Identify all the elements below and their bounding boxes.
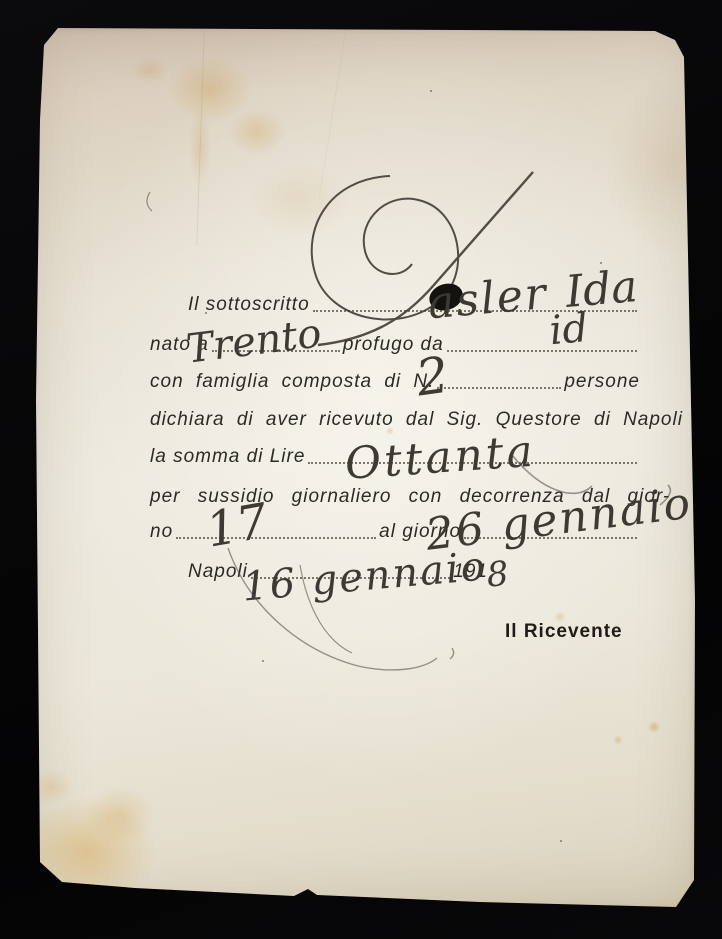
sottoscritto-label: Il sottoscritto [188,294,310,316]
dotted-line [447,350,637,352]
somma-label: la somma di Lire [150,446,305,468]
row-sussidio: per sussidio giornaliero con decorrenza … [150,486,640,508]
sussidio-line: per sussidio giornaliero con decorrenza … [150,486,670,508]
dotted-line [251,577,450,579]
no-label: no [150,521,173,543]
row-dichiara: dichiara di aver ricevuto dal Sig. Quest… [150,409,640,431]
dotted-line [212,350,340,352]
printed-form: Il sottoscritto nato a profugo da con fa… [32,27,696,910]
row-nato-profugo: nato a profugo da [150,334,640,356]
ricevente-label: Il Ricevente [505,621,623,643]
profugo-label: profugo da [343,334,444,356]
napoli-label: Napoli [188,561,248,583]
dotted-line [176,537,376,539]
dotted-line [308,462,637,464]
dotted-line [437,387,561,389]
row-giorni: no al giorno [150,521,640,543]
photo-black-background: Il sottoscritto nato a profugo da con fa… [0,0,722,939]
dotted-line [464,537,637,539]
famiglia-label: con famiglia composta di N. [150,371,434,393]
persone-label: persone [564,371,640,393]
nato-label: nato a [150,334,209,356]
dichiara-line: dichiara di aver ricevuto dal Sig. Quest… [150,409,683,431]
dotted-line [313,310,637,312]
al-giorno-label: al giorno [379,521,461,543]
row-sottoscritto: Il sottoscritto [188,294,640,316]
row-famiglia: con famiglia composta di N. persone [150,371,640,393]
document-paper: Il sottoscritto nato a profugo da con fa… [32,27,696,910]
row-somma: la somma di Lire [150,446,640,468]
year-printed: 191 [453,561,488,583]
row-napoli-data: Napoli 191 [188,561,488,583]
